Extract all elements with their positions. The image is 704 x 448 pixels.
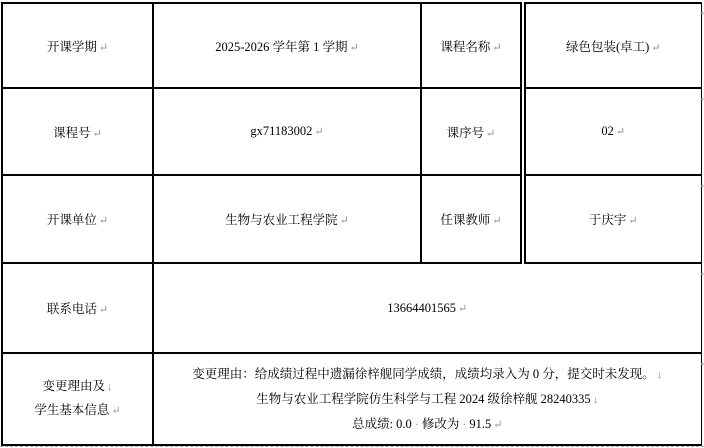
course-name-value-cell: 绿色包装(卓工)↵ xyxy=(523,3,701,88)
teacher-value: 于庆宇 xyxy=(589,213,627,227)
change-reason-label-line1: 变更理由及↓ xyxy=(3,375,152,399)
course-name-label-cell: 课程名称↵ xyxy=(421,3,523,88)
course-seq-label-cell: 课序号↵ xyxy=(421,88,523,175)
course-seq-value-cell: 02↵ xyxy=(523,88,701,175)
teacher-value-cell: 于庆宇↵ xyxy=(523,175,701,263)
phone-value: 13664401565 xyxy=(387,301,456,315)
linebreak-mark: ↓ xyxy=(657,369,663,381)
teacher-label: 任课教师 xyxy=(440,213,490,227)
change-reason-label-cell: 变更理由及↓ 学生基本信息↵ xyxy=(2,353,153,445)
course-change-table: 开课学期↵ 2025-2026 学年第 1 学期↵ 课程名称↵ 绿色包装(卓工)… xyxy=(1,2,702,446)
pilcrow-mark: ↵ xyxy=(111,405,120,417)
change-reason-label-line2: 学生基本信息↵ xyxy=(3,399,152,423)
pilcrow-mark: ↵ xyxy=(99,215,108,227)
course-id-label-cell: 课程号↵ xyxy=(2,88,153,175)
course-name-value: 绿色包装(卓工) xyxy=(566,40,649,54)
pilcrow-mark: ↵ xyxy=(340,215,349,227)
row-end-mark: ↵ xyxy=(699,359,704,370)
phone-value-cell: 13664401565↵ xyxy=(153,263,701,353)
pilcrow-mark: ↵ xyxy=(93,128,102,140)
table-row: 开课学期↵ 2025-2026 学年第 1 学期↵ 课程名称↵ 绿色包装(卓工)… xyxy=(2,3,701,88)
phone-label-cell: 联系电话↵ xyxy=(2,263,153,353)
document-page: 开课学期↵ 2025-2026 学年第 1 学期↵ 课程名称↵ 绿色包装(卓工)… xyxy=(0,0,704,448)
pilcrow-mark: ↵ xyxy=(628,215,637,227)
row-end-mark: ↵ xyxy=(699,269,704,280)
course-id-label: 课程号 xyxy=(53,126,91,140)
course-seq-label: 课序号 xyxy=(447,126,485,140)
row-end-mark: ↵ xyxy=(699,181,704,192)
pilcrow-mark: ↵ xyxy=(492,215,501,227)
table-row: 联系电话↵ 13664401565↵ xyxy=(2,263,701,353)
linebreak-mark: ↓ xyxy=(593,394,599,406)
page-text-boundary-line xyxy=(0,446,704,447)
department-value-cell: 生物与农业工程学院↵ xyxy=(153,175,421,263)
course-name-label: 课程名称 xyxy=(440,40,490,54)
pilcrow-mark: ↵ xyxy=(616,126,625,138)
linebreak-mark: ↓ xyxy=(107,381,113,393)
change-reason-line1: 变更理由：给成绩过程中遗漏徐梓舰同学成绩，成绩均录入为 0 分，提交时未发现。↓ xyxy=(154,362,701,387)
change-reason-line2: 生物与农业工程学院仿生科学与工程 2024 级徐梓舰 28240335↓ xyxy=(154,387,701,412)
teacher-label-cell: 任课教师↵ xyxy=(421,175,523,263)
phone-label: 联系电话 xyxy=(47,302,97,316)
pilcrow-mark: ↵ xyxy=(492,42,501,54)
pilcrow-mark: ↵ xyxy=(350,42,359,54)
row-end-mark: ↵ xyxy=(699,94,704,105)
course-id-value: gx71183002 xyxy=(250,124,312,138)
table-row: 开课单位↵ 生物与农业工程学院↵ 任课教师↵ 于庆宇↵ xyxy=(2,175,701,263)
row-end-mark: ↵ xyxy=(699,8,704,19)
department-value: 生物与农业工程学院 xyxy=(225,213,338,227)
pilcrow-mark: ↵ xyxy=(458,303,467,315)
pilcrow-mark: ↵ xyxy=(493,419,502,431)
semester-value-cell: 2025-2026 学年第 1 学期↵ xyxy=(153,3,421,88)
space-dot-mark: · xyxy=(412,417,422,431)
pilcrow-mark: ↵ xyxy=(99,42,108,54)
department-label-cell: 开课单位↵ xyxy=(2,175,153,263)
semester-label-cell: 开课学期↵ xyxy=(2,3,153,88)
change-reason-content-cell: 变更理由：给成绩过程中遗漏徐梓舰同学成绩，成绩均录入为 0 分，提交时未发现。↓… xyxy=(153,353,701,445)
course-id-value-cell: gx71183002↵ xyxy=(153,88,421,175)
space-dot-mark: · xyxy=(459,417,469,431)
table-row: 课程号↵ gx71183002↵ 课序号↵ 02↵ xyxy=(2,88,701,175)
semester-value: 2025-2026 学年第 1 学期 xyxy=(215,40,347,54)
change-reason-line3: 总成绩: 0.0·修改为·91.5↵ xyxy=(154,412,701,437)
pilcrow-mark: ↵ xyxy=(314,126,323,138)
semester-label: 开课学期 xyxy=(47,40,97,54)
course-seq-value: 02 xyxy=(601,124,614,138)
table-row: 变更理由及↓ 学生基本信息↵ 变更理由：给成绩过程中遗漏徐梓舰同学成绩，成绩均录… xyxy=(2,353,701,445)
pilcrow-mark: ↵ xyxy=(486,128,495,140)
department-label: 开课单位 xyxy=(47,213,97,227)
pilcrow-mark: ↵ xyxy=(99,304,108,316)
pilcrow-mark: ↵ xyxy=(651,42,660,54)
